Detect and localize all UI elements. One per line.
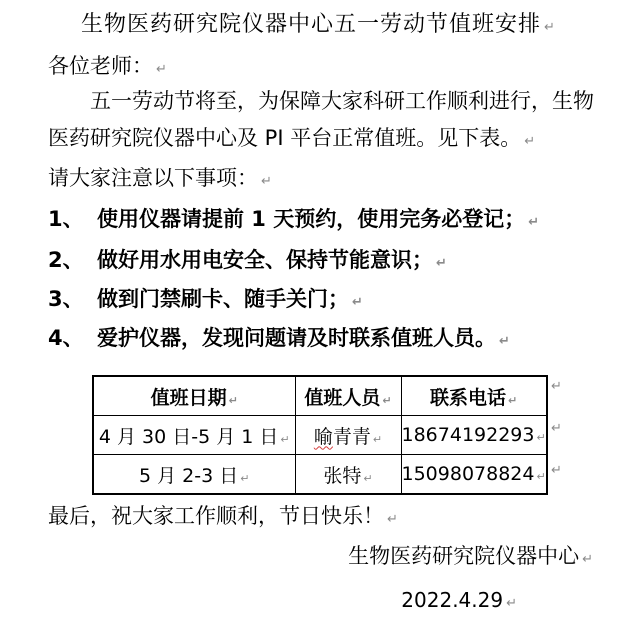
paragraph-end-mark: ↵ [506, 596, 517, 611]
duty-date-text: 5 月 2-3 日 [139, 465, 238, 487]
notice-item: 1、使用仪器请提前 1 天预约，使用完务必登记；↵ [48, 207, 539, 235]
notice-number: 2、 [48, 248, 97, 272]
closing-line: 最后，祝大家工作顺利，节日快乐！↵ [48, 504, 398, 532]
paragraph-end-mark: ↵ [240, 472, 249, 485]
intro-paragraph: 五一劳动节将至，为保障大家科研工作顺利进行，生物医药研究院仪器中心及 PI 平台… [48, 83, 594, 160]
paragraph-end-mark: ↵ [508, 394, 517, 407]
contact-phone-text: 18674192293 [402, 424, 535, 446]
paragraph-end-mark: ↵ [280, 433, 289, 446]
notice-text: 使用仪器请提前 1 天预约，使用完务必登记； [97, 207, 525, 231]
duty-person-cell: 喻青青↵ [295, 416, 401, 455]
notice-item: 3、做到门禁刷卡、随手关门；↵ [48, 287, 363, 315]
paragraph-end-mark: ↵ [524, 134, 535, 149]
document-page: 生物医药研究院仪器中心五一劳动节值班安排↵ 各位老师：↵ 五一劳动节将至，为保障… [0, 0, 637, 618]
notice-item: 2、做好用水用电安全、保持节能意识；↵ [48, 248, 447, 276]
paragraph-end-mark: ↵ [156, 62, 167, 77]
duty-date-cell: 5 月 2-3 日↵ [93, 455, 295, 495]
notice-text: 做到门禁刷卡、随手关门； [97, 287, 349, 311]
contact-phone-cell: 15098078824↵ [401, 455, 547, 495]
duty-person-text: 张特 [323, 465, 361, 487]
notice-text: 爱护仪器，发现问题请及时联系值班人员。 [97, 326, 496, 350]
paragraph-end-mark: ↵ [352, 295, 363, 310]
header-cell-contact-phone: 联系电话↵ [401, 376, 547, 416]
paragraph-end-mark: ↵ [373, 433, 382, 446]
paragraph-end-mark: ↵ [499, 334, 510, 349]
header-duty-date-text: 值班日期 [151, 387, 227, 409]
misspelling-underlined-text: 喻 [314, 426, 333, 448]
notice-item: 4、爱护仪器，发现问题请及时联系值班人员。↵ [48, 326, 510, 354]
header-contact-phone-text: 联系电话 [430, 387, 506, 409]
notice-number: 1、 [48, 207, 97, 231]
duty-person-cell: 张特↵ [295, 455, 401, 495]
paragraph-end-mark: ↵ [382, 394, 391, 407]
duty-table-wrap: 值班日期↵ 值班人员↵ 联系电话↵ 4 月 30 日-5 月 1 日↵ 喻青青↵… [92, 375, 548, 495]
notice-lead-text: 请大家注意以下事项： [48, 166, 258, 190]
document-title: 生物医药研究院仪器中心五一劳动节值班安排 [81, 12, 541, 37]
date-text: 2022.4.29 [401, 588, 503, 612]
paragraph-end-mark: ↵ [261, 174, 272, 189]
duty-date-cell: 4 月 30 日-5 月 1 日↵ [93, 416, 295, 455]
paragraph-end-mark: ↵ [363, 472, 372, 485]
paragraph-end-mark: ↵ [436, 256, 447, 271]
header-cell-duty-person: 值班人员↵ [295, 376, 401, 416]
table-row-end-mark: ↵ [551, 421, 562, 436]
signature-line: 生物医药研究院仪器中心↵ [348, 544, 593, 572]
salutation-text: 各位老师： [48, 54, 153, 78]
notice-lead-line: 请大家注意以下事项：↵ [48, 166, 272, 194]
notice-text: 做好用水用电安全、保持节能意识； [97, 248, 433, 272]
paragraph-end-mark: ↵ [229, 394, 238, 407]
header-duty-person-text: 值班人员 [304, 387, 380, 409]
table-row-end-mark: ↵ [551, 463, 562, 478]
notice-number: 4、 [48, 326, 97, 350]
paragraph-end-mark: ↵ [536, 431, 545, 444]
table-row: 4 月 30 日-5 月 1 日↵ 喻青青↵ 18674192293↵ [93, 416, 547, 455]
header-cell-duty-date: 值班日期↵ [93, 376, 295, 416]
paragraph-end-mark: ↵ [536, 470, 545, 483]
closing-text: 最后，祝大家工作顺利，节日快乐！ [48, 504, 384, 528]
salutation-line: 各位老师：↵ [48, 54, 167, 82]
date-line: 2022.4.29↵ [401, 588, 517, 616]
contact-phone-cell: 18674192293↵ [401, 416, 547, 455]
table-row-end-mark: ↵ [551, 379, 562, 394]
notice-number: 3、 [48, 287, 97, 311]
contact-phone-text: 15098078824 [402, 463, 535, 485]
paragraph-end-mark: ↵ [582, 552, 593, 567]
duty-table: 值班日期↵ 值班人员↵ 联系电话↵ 4 月 30 日-5 月 1 日↵ 喻青青↵… [92, 375, 548, 495]
paragraph-end-mark: ↵ [528, 215, 539, 230]
duty-date-text: 4 月 30 日-5 月 1 日 [99, 426, 279, 448]
paragraph-end-mark: ↵ [387, 512, 398, 527]
intro-text: 五一劳动节将至，为保障大家科研工作顺利进行，生物医药研究院仪器中心及 PI 平台… [48, 89, 594, 150]
table-row: 5 月 2-3 日↵ 张特↵ 15098078824↵ [93, 455, 547, 495]
paragraph-end-mark: ↵ [544, 20, 556, 35]
signature-text: 生物医药研究院仪器中心 [348, 544, 579, 568]
duty-table-header-row: 值班日期↵ 值班人员↵ 联系电话↵ [93, 376, 547, 416]
duty-person-text: 青青 [333, 426, 371, 448]
document-title-line: 生物医药研究院仪器中心五一劳动节值班安排↵ [0, 13, 637, 40]
